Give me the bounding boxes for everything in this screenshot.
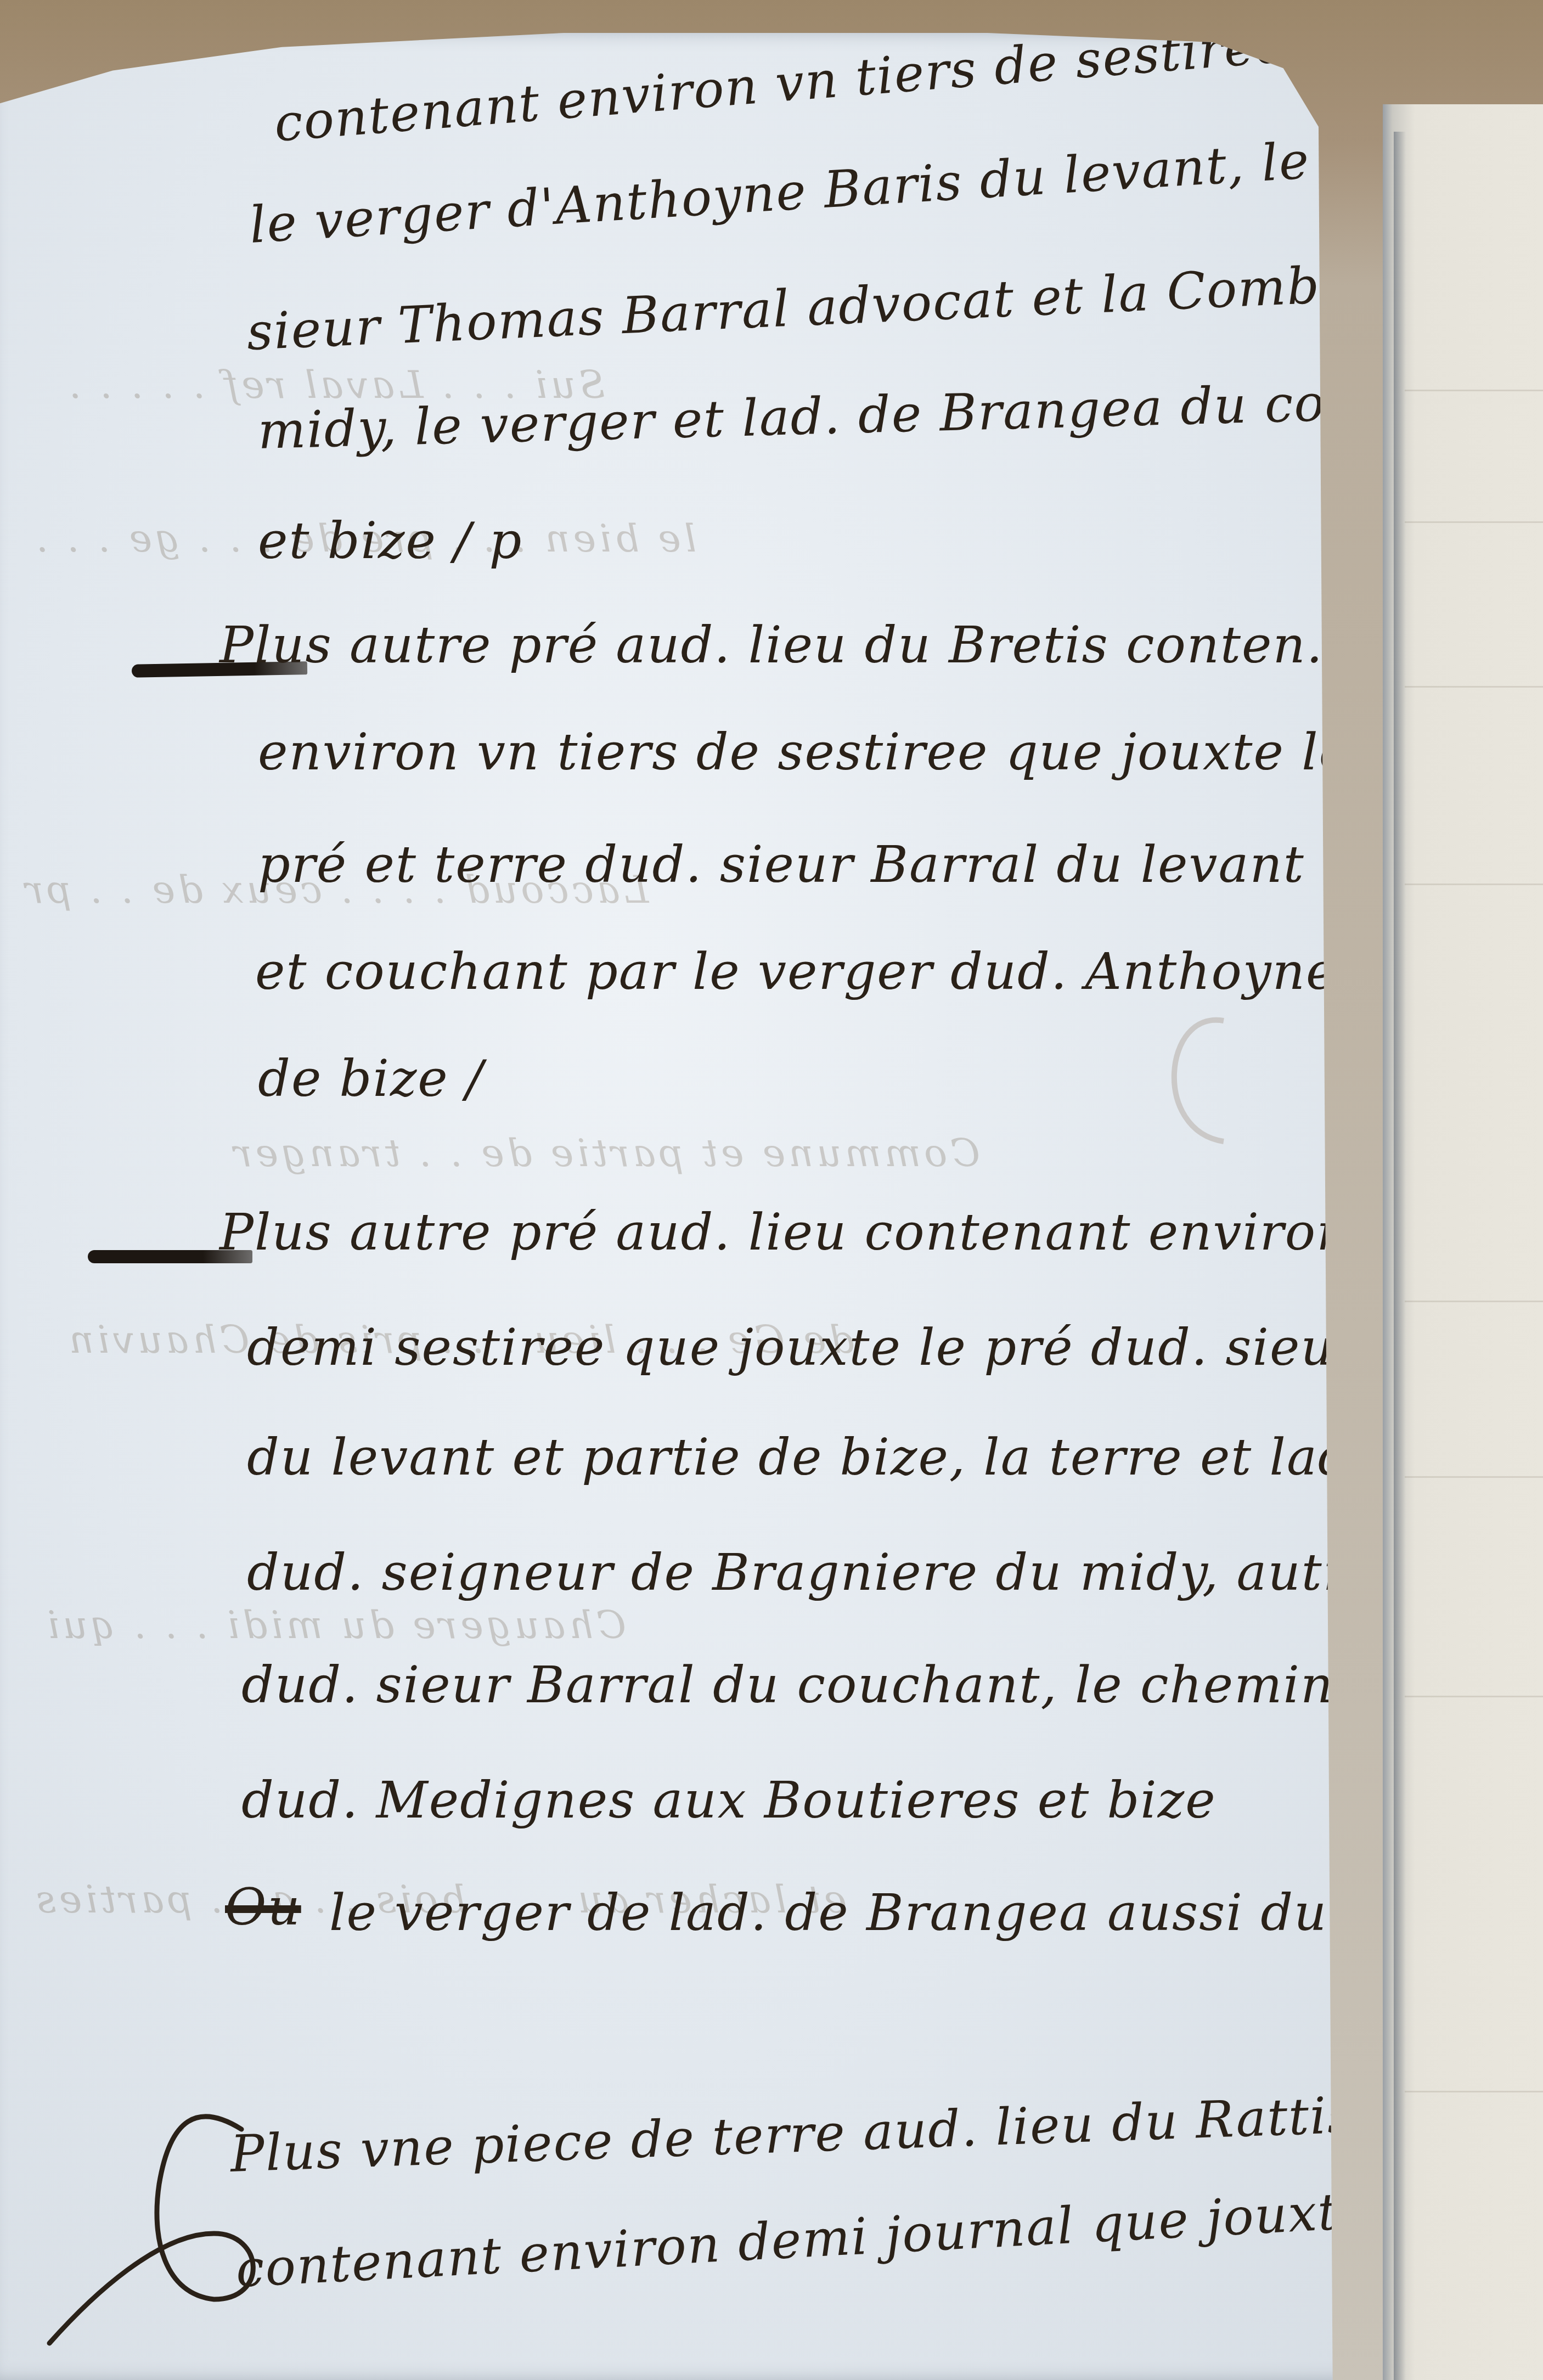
manuscript-page: Sui . . . Laval ref . . . . . le bien . …	[0, 33, 1410, 2380]
ruled-line	[1405, 686, 1543, 688]
ruled-line	[1405, 390, 1543, 391]
next-page	[1383, 104, 1543, 2380]
ruled-line	[1405, 884, 1543, 885]
page-edge-shadow	[1394, 132, 1406, 2380]
ruled-line	[1405, 1301, 1543, 1302]
manuscript-line: Plus vne piece de terre aud. lieu du Rat…	[229, 2090, 1355, 2180]
ruled-line	[1405, 1476, 1543, 1478]
paragraph-marker-flourish	[33, 2096, 263, 2360]
ruled-line	[1405, 2091, 1543, 2092]
ruled-line	[1405, 1696, 1543, 1697]
paragraph-4: Plus vne piece de terre aud. lieu du Rat…	[0, 33, 1410, 2380]
ruled-line	[1405, 521, 1543, 523]
